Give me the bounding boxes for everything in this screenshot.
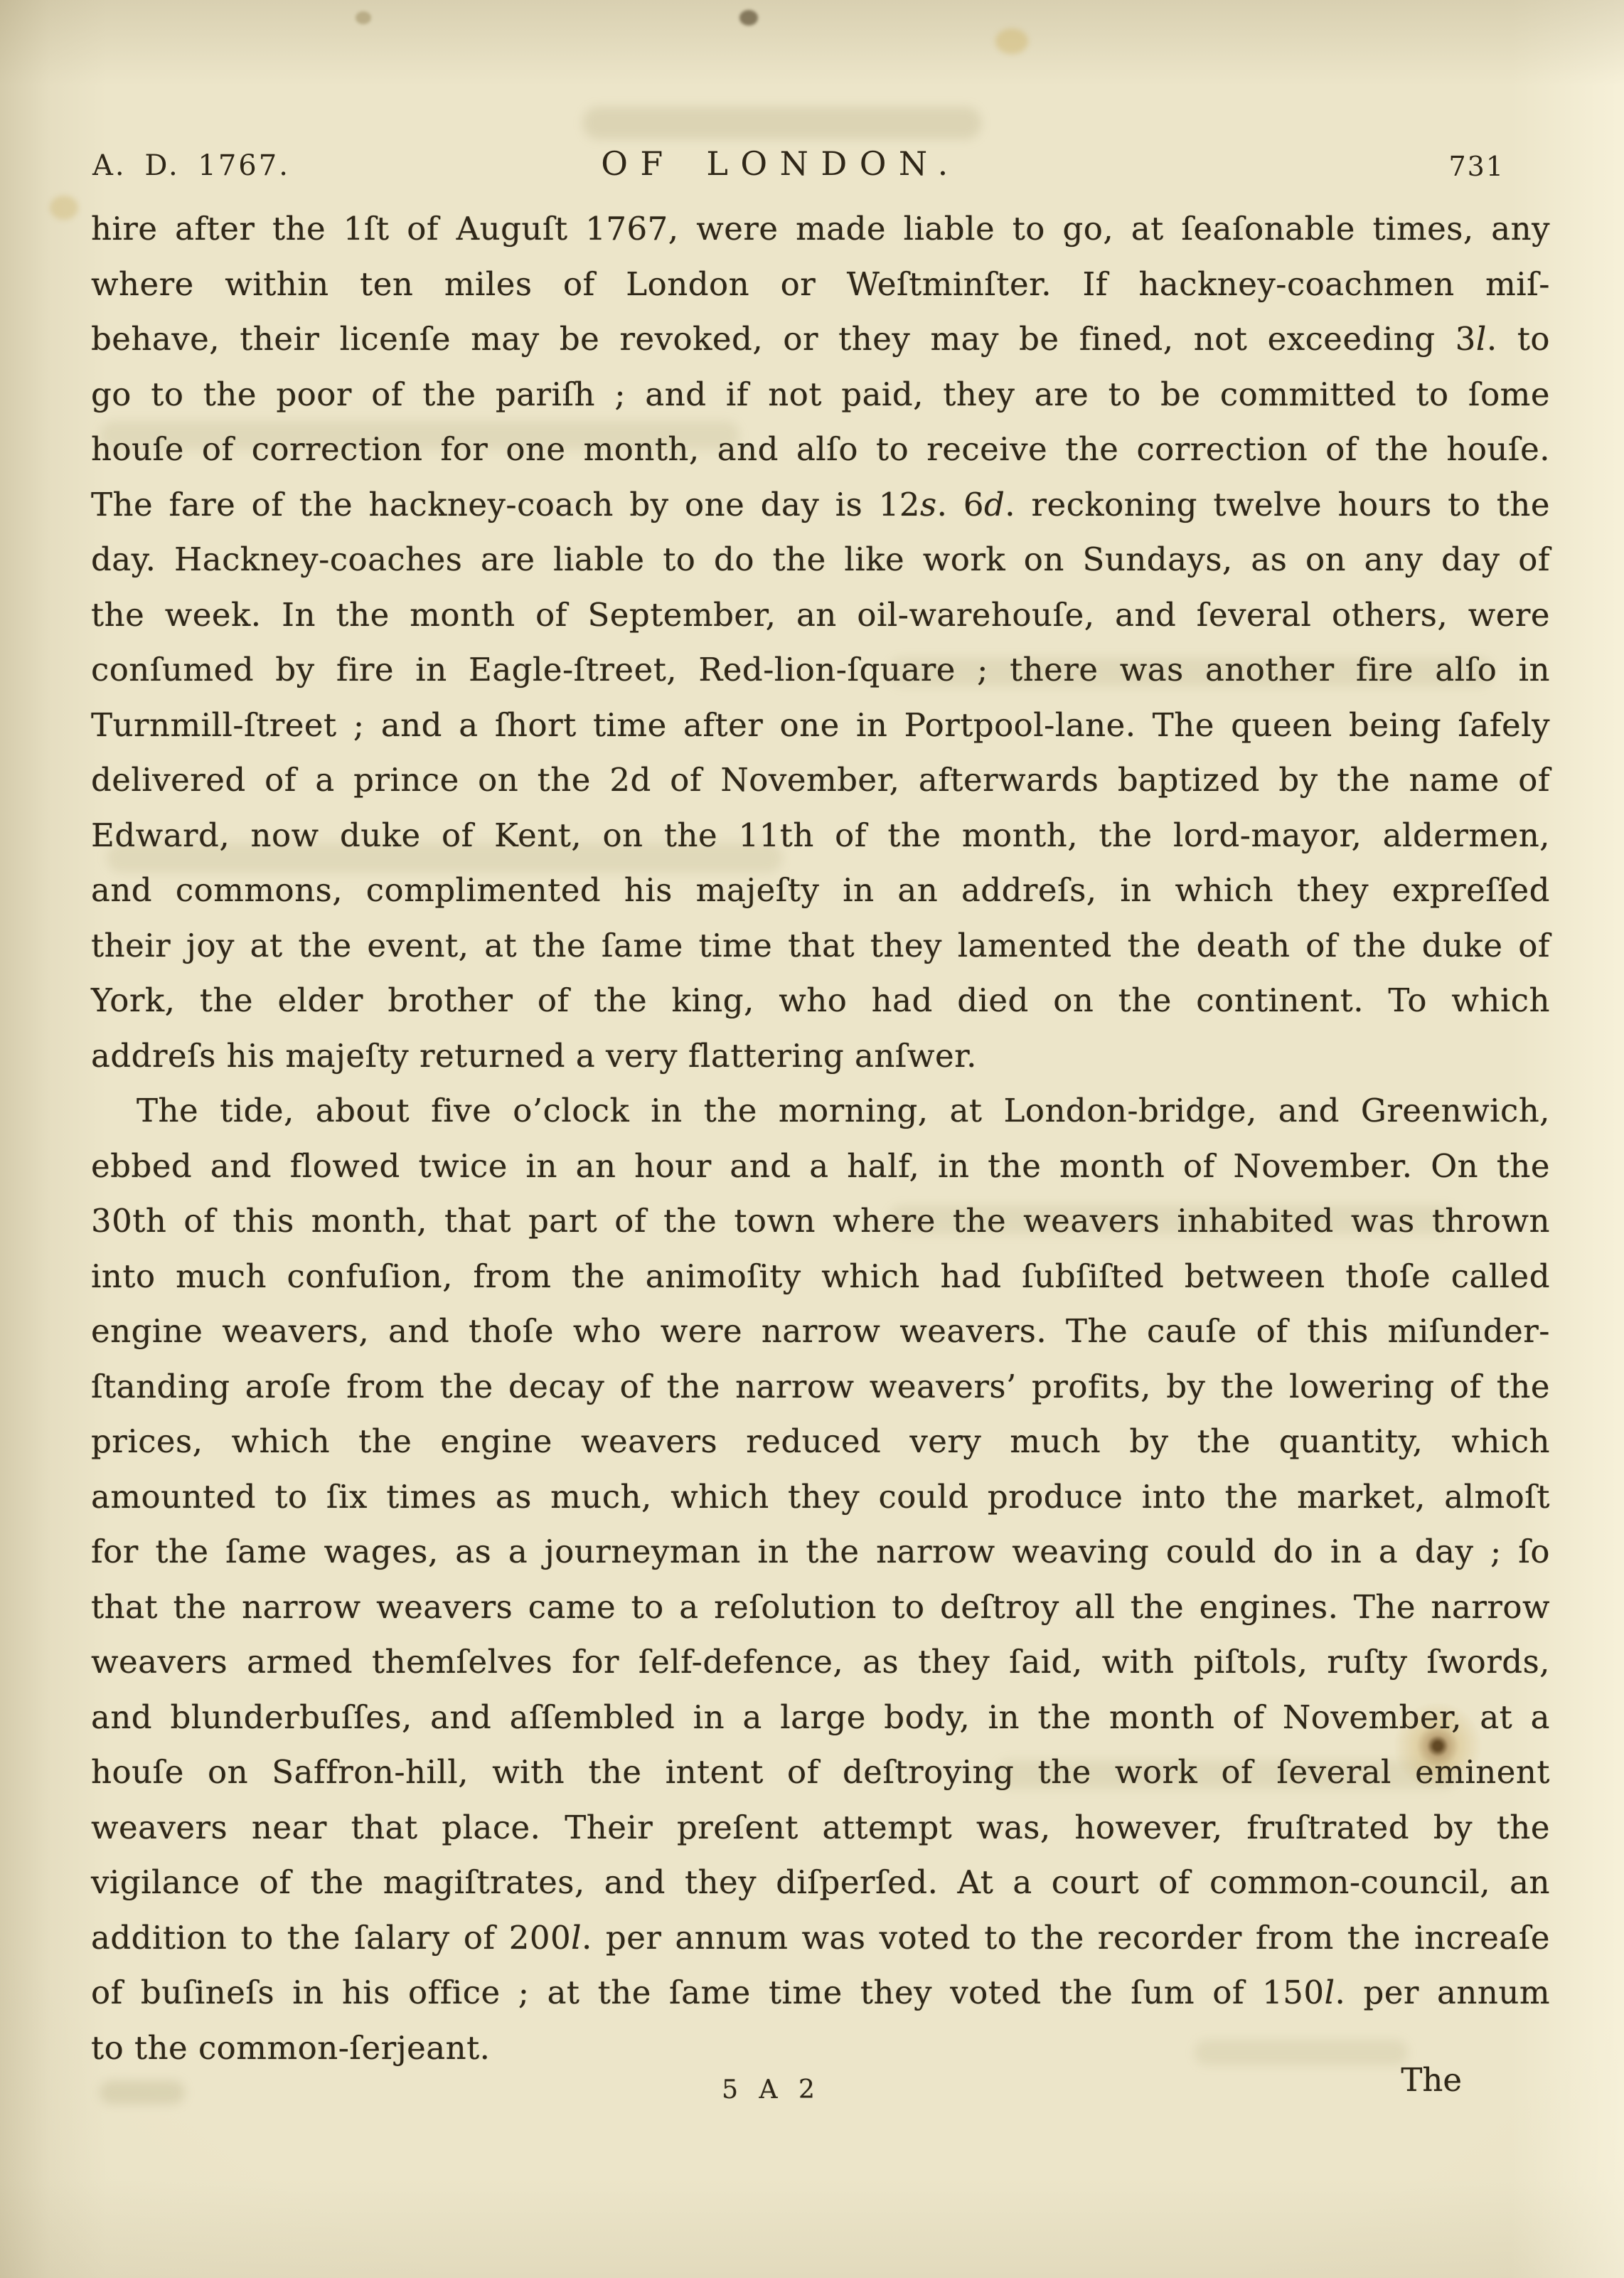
text-line: the week. In the month of September, an … (91, 587, 1550, 643)
text-line: conſumed by fire in Eagle-ſtreet, Red-li… (91, 642, 1550, 698)
text-line: Edward, now duke of Kent, on the 11th of… (91, 808, 1550, 863)
paper-fleck (50, 196, 78, 220)
text-segment: vigilance of the magiſtrates, and they d… (91, 1863, 1550, 1901)
text-line: where within ten miles of London or Weſt… (91, 257, 1550, 312)
text-segment: day. Hackney-coaches are liable to do th… (91, 541, 1550, 578)
signature-mark: 5 A 2 (722, 2075, 821, 2104)
text-line: vigilance of the magiſtrates, and they d… (91, 1855, 1550, 1910)
text-segment: addition to the ſalary of 200 (91, 1919, 571, 1957)
italic-text: l (1325, 1974, 1335, 2011)
text-segment: York, the elder brother of the king, who… (91, 981, 1550, 1019)
text-line: and blunderbuſſes, and aſſembled in a la… (91, 1690, 1550, 1745)
text-line: houſe on Saffron-hill, with the intent o… (91, 1745, 1550, 1800)
text-line: for the ſame wages, as a journeyman in t… (91, 1524, 1550, 1580)
text-segment: . reckoning twelve hours to the (1005, 486, 1550, 523)
text-segment: for the ſame wages, as a journeyman in t… (91, 1533, 1550, 1570)
text-segment: . to (1487, 320, 1550, 358)
running-head-title: OF LONDON. (601, 144, 961, 183)
text-segment: The tide, about five o’clock in the morn… (137, 1092, 1550, 1129)
text-segment: . 6 (937, 486, 984, 523)
paper-fleck (739, 10, 758, 26)
paper-fleck (356, 11, 371, 24)
text-line: engine weavers, and thoſe who were narro… (91, 1304, 1550, 1359)
text-line: The fare of the hackney-coach by one day… (91, 477, 1550, 533)
text-segment: addreſs his majeſty returned a very flat… (91, 1037, 977, 1075)
text-line: 30th of this month, that part of the tow… (91, 1193, 1550, 1249)
text-segment: that the narrow weavers came to a reſolu… (91, 1588, 1550, 1626)
italic-text: s (920, 486, 937, 523)
page-number: 731 (1448, 151, 1505, 182)
text-line: hire after the 1ſt of Auguſt 1767, were … (91, 201, 1550, 257)
text-segment: engine weavers, and thoſe who were narro… (91, 1312, 1550, 1350)
text-line: prices, which the engine weavers reduced… (91, 1414, 1550, 1469)
body-text: hire after the 1ſt of Auguſt 1767, were … (91, 201, 1550, 2075)
text-line: weavers near that place. Their preſent a… (91, 1800, 1550, 1856)
text-segment: into much confuſion, from the animoſity … (91, 1257, 1550, 1295)
text-line: Turnmill-ſtreet ; and a ſhort time after… (91, 698, 1550, 753)
text-segment: houſe of correction for one month, and a… (91, 430, 1550, 468)
catchword: The (1401, 2061, 1462, 2099)
text-segment: of buſineſs in his office ; at the ſame … (91, 1974, 1325, 2011)
text-line: York, the elder brother of the king, who… (91, 973, 1550, 1028)
text-line: ſtanding aroſe from the decay of the nar… (91, 1359, 1550, 1415)
bleedthrough-smudge (583, 107, 981, 139)
text-line: weavers armed themſelves for ſelf-defenc… (91, 1634, 1550, 1690)
text-segment: their joy at the event, at the ſame time… (91, 927, 1550, 964)
text-line: to the common-ſerjeant. (91, 2021, 1550, 2076)
bleedthrough-smudge (100, 2080, 185, 2104)
text-segment: Edward, now duke of Kent, on the 11th of… (91, 816, 1550, 854)
text-line: addition to the ſalary of 200l. per annu… (91, 1910, 1550, 1966)
text-segment: The fare of the hackney-coach by one day… (91, 486, 920, 523)
text-segment: prices, which the engine weavers reduced… (91, 1422, 1550, 1460)
text-segment: amounted to ſix times as much, which the… (91, 1478, 1550, 1516)
text-line: day. Hackney-coaches are liable to do th… (91, 532, 1550, 587)
text-segment: where within ten miles of London or Weſt… (91, 265, 1550, 303)
text-line: delivered of a prince on the 2d of Novem… (91, 752, 1550, 808)
text-segment: and blunderbuſſes, and aſſembled in a la… (91, 1698, 1550, 1736)
italic-text: l (571, 1919, 582, 1957)
text-line: amounted to ſix times as much, which the… (91, 1469, 1550, 1525)
running-head-date: A. D. 1767. (92, 149, 290, 182)
text-segment: 30th of this month, that part of the tow… (91, 1202, 1550, 1240)
italic-text: l (1476, 320, 1487, 358)
text-line: into much confuſion, from the animoſity … (91, 1249, 1550, 1304)
text-line: ebbed and flowed twice in an hour and a … (91, 1139, 1550, 1194)
italic-text: d (984, 486, 1005, 523)
text-segment: . per annum was voted to the recorder fr… (582, 1919, 1550, 1957)
text-line: go to the poor of the pariſh ; and if no… (91, 367, 1550, 422)
text-segment: weavers armed themſelves for ſelf-defenc… (91, 1643, 1550, 1681)
text-segment: to the common-ſerjeant. (91, 2029, 490, 2067)
text-segment: conſumed by fire in Eagle-ſtreet, Red-li… (91, 651, 1550, 688)
text-segment: hire after the 1ſt of Auguſt 1767, were … (91, 210, 1550, 248)
text-segment: houſe on Saffron-hill, with the intent o… (91, 1753, 1550, 1791)
text-segment: the week. In the month of September, an … (91, 596, 1550, 634)
text-segment: Turnmill-ſtreet ; and a ſhort time after… (91, 706, 1550, 744)
text-segment: and commons, complimented his majeſty in… (91, 871, 1550, 909)
text-segment: delivered of a prince on the 2d of Novem… (91, 761, 1550, 799)
text-segment: . per annum (1335, 1974, 1550, 2011)
text-line: their joy at the event, at the ſame time… (91, 918, 1550, 974)
text-line: of buſineſs in his office ; at the ſame … (91, 1965, 1550, 2021)
text-line: that the narrow weavers came to a reſolu… (91, 1580, 1550, 1635)
text-line: behave, their licenſe may be revoked, or… (91, 312, 1550, 367)
text-segment: weavers near that place. Their preſent a… (91, 1809, 1550, 1846)
paper-fleck (995, 28, 1028, 54)
text-segment: go to the poor of the pariſh ; and if no… (91, 376, 1550, 413)
text-segment: ſtanding aroſe from the decay of the nar… (91, 1368, 1550, 1405)
text-segment: ebbed and flowed twice in an hour and a … (91, 1147, 1550, 1185)
text-line: and commons, complimented his majeſty in… (91, 863, 1550, 918)
book-page: A. D. 1767. OF LONDON. 731 hire after th… (0, 0, 1624, 2278)
text-segment: behave, their licenſe may be revoked, or… (91, 320, 1476, 358)
text-line: The tide, about five o’clock in the morn… (91, 1083, 1550, 1139)
text-line: addreſs his majeſty returned a very flat… (91, 1028, 1550, 1084)
text-line: houſe of correction for one month, and a… (91, 422, 1550, 477)
